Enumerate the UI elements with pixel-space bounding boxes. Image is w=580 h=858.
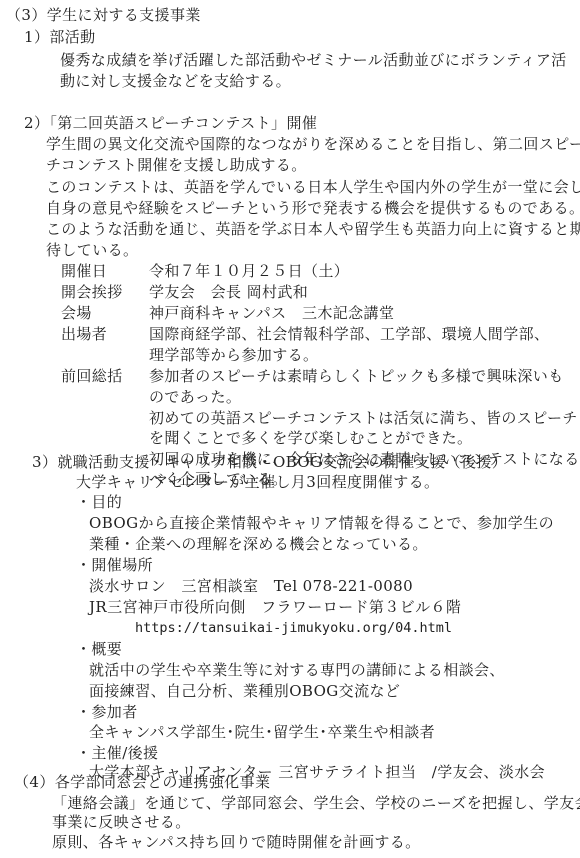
detail-value-venue: 神戸商科キャンパス 三木記念講堂 xyxy=(149,303,394,323)
item-1-body-line: 動に対し支援金などを支給する。 xyxy=(60,71,291,91)
item-1-heading: 1）部活動 xyxy=(24,27,96,47)
detail-label-review: 前回総括 xyxy=(61,366,123,386)
item-3-intro: 大学キャリアセンターが主催し月3回程度開催する。 xyxy=(76,472,439,492)
section-4-body-line: 事業に反映させる。 xyxy=(52,812,191,832)
bullet-line: OBOGから直接企業情報やキャリア情報を得ることで、参加学生の xyxy=(89,513,554,533)
item-2-body-line: 待している。 xyxy=(46,240,138,260)
section-3-heading: （3）学生に対する支援事業 xyxy=(6,5,201,25)
section-4-body-line: 原則、各キャンパス持ち回りで随時開催を計画する。 xyxy=(52,832,421,852)
bullet-line: 業種・企業への理解を深める機会となっている。 xyxy=(89,534,428,554)
detail-label-opening: 開会挨拶 xyxy=(61,282,123,302)
item-1-body-line: 優秀な成績を挙げ活躍した部活動やゼミナール活動並びにボランティア活 xyxy=(60,50,567,70)
bullet-line: 全キャンパス学部生･院生･留学生･卒業生や相談者 xyxy=(89,722,435,742)
bullet-line: JR三宮神戸市役所向側 フラワーロード第３ビル６階 xyxy=(89,597,461,617)
detail-value-participants: 理学部等から参加する。 xyxy=(149,345,318,365)
detail-label-participants: 出場者 xyxy=(61,324,107,344)
detail-value-date: 令和７年１０月２５日（土） xyxy=(149,261,349,281)
detail-value-review: を聞くことで多くを学び楽しむことができた。 xyxy=(149,428,472,448)
bullet-line: 面接練習、自己分析、業種別OBOG交流など xyxy=(89,681,400,701)
detail-value-review: 参加者のスピーチは素晴らしくトピックも多様で興味深いも xyxy=(149,366,564,386)
detail-value-review: のであった。 xyxy=(149,387,241,407)
item-2-body-line: 学生間の異文化交流や国際的なつながりを深めることを目指し、第二回スピー xyxy=(46,134,580,154)
detail-value-opening: 学友会 会長 岡村武和 xyxy=(149,282,308,302)
bullet-title-organizers: ・主催/後援 xyxy=(76,743,158,763)
item-2-heading: 2）「第二回英語スピーチコンテスト」開催 xyxy=(24,113,317,133)
detail-value-participants: 国際商経学部、社会情報科学部、工学部、環境人間学部、 xyxy=(149,324,549,344)
item-2-body-line: このコンテストは、英語を学んでいる日本人学生や国内外の学生が一堂に会し xyxy=(46,177,580,197)
item-2-body-line: 自身の意見や経験をスピーチという形で発表する機会を提供するものである。 xyxy=(46,198,580,218)
item-2-body-line: このような活動を通じ、英語を学ぶ日本人や留学生も英語力向上に資すると期 xyxy=(46,219,580,239)
item-3-heading: 3）就職活動支援・キャリア相談・OBOG交流会の開催支援（後援） xyxy=(32,452,507,472)
bullet-line: 淡水サロン 三宮相談室 Tel 078-221-0080 xyxy=(89,576,413,596)
bullet-title-attendees: ・参加者 xyxy=(76,702,138,722)
bullet-line: 就活中の学生や卒業生等に対する専門の講師による相談会、 xyxy=(89,660,505,680)
document-page: （3）学生に対する支援事業 1）部活動 優秀な成績を挙げ活躍した部活動やゼミナー… xyxy=(0,0,580,858)
section-4-heading: （4）各学部同窓会との連携強化事業 xyxy=(14,772,270,792)
location-url-link[interactable]: https://tansuikai-jimukyoku.org/04.html xyxy=(135,618,452,638)
section-4-body-line: 「連絡会議」を通じて、学部同窓会、学生会、学校のニーズを把握し、学友会 xyxy=(52,793,580,813)
item-2-body-line: チコンテスト開催を支援し助成する。 xyxy=(46,155,307,175)
detail-label-date: 開催日 xyxy=(61,261,107,281)
bullet-title-purpose: ・目的 xyxy=(76,492,122,512)
detail-value-review: 初めての英語スピーチコンテストは活気に満ち、皆のスピーチ xyxy=(149,408,578,428)
bullet-title-location: ・開催場所 xyxy=(76,555,153,575)
bullet-title-overview: ・概要 xyxy=(76,639,122,659)
detail-label-venue: 会場 xyxy=(61,303,92,323)
